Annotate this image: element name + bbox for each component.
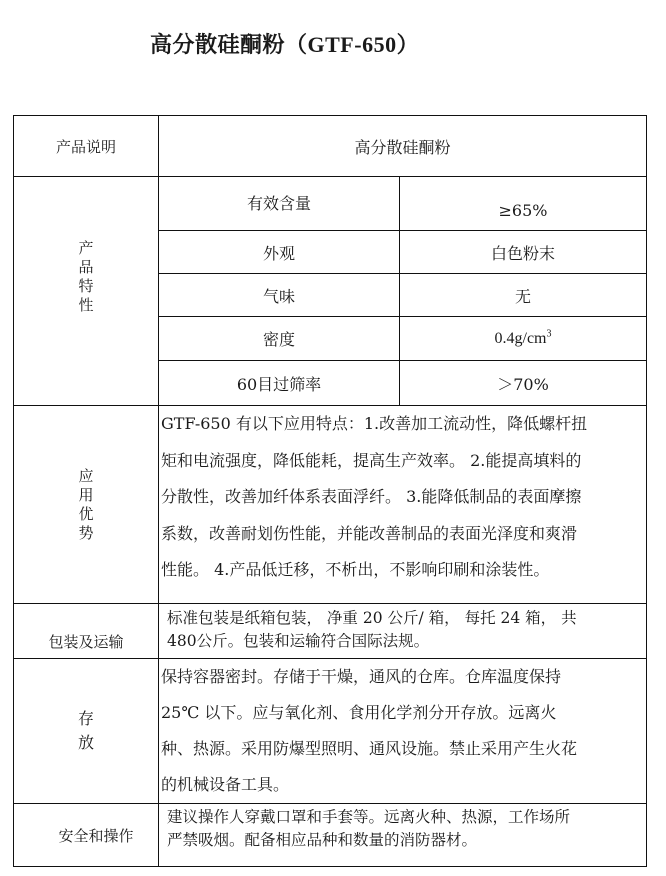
property-name: 60目过筛率 bbox=[158, 360, 400, 406]
paragraph-line: 保持容器密封。存储于干燥，通风的仓库。仓库温度保持 bbox=[161, 659, 561, 695]
label-text: 安全和操作 bbox=[58, 825, 133, 846]
property-value-text: ≥65% bbox=[499, 201, 548, 220]
storage-label: 存 放 bbox=[13, 658, 159, 804]
paragraph-line: 25℃ 以下。应与氧化剂、食用化学剂分开存放。远离火 bbox=[161, 695, 556, 731]
property-name: 外观 bbox=[158, 230, 400, 274]
value-text: 高分散硅酮粉 bbox=[354, 135, 450, 158]
title-close: ） bbox=[397, 32, 420, 58]
safety-text: 建议操作人穿戴口罩和手套等。远离火种、热源，工作场所 严禁吸烟。配备相应品种和数… bbox=[158, 803, 647, 867]
title-text: 高分散硅酮粉（ bbox=[150, 32, 308, 58]
paragraph-line: 性能。 4.产品低迁移，不析出，不影响印刷和涂装性。 bbox=[161, 552, 549, 589]
paragraph-line: 标准包装是纸箱包装， 净重 20 公斤/ 箱， 每托 24 箱， 共 bbox=[167, 607, 577, 630]
property-value-text: ＞70% bbox=[497, 372, 549, 395]
properties-label: 产 品 特 性 bbox=[13, 176, 159, 406]
label-char: 产 bbox=[78, 239, 93, 258]
paragraph-line: 建议操作人穿戴口罩和手套等。远离火种、热源，工作场所 bbox=[167, 806, 570, 829]
label-char: 存 bbox=[78, 707, 94, 731]
label-char: 性 bbox=[78, 296, 93, 315]
paragraph-line: 矩和电流强度，降低能耗，提高生产效率。 2.能提高填料的 bbox=[161, 443, 581, 480]
label-text: 产品说明 bbox=[56, 136, 116, 157]
property-name: 密度 bbox=[158, 316, 400, 361]
property-value: ＞70% bbox=[399, 360, 647, 406]
property-name-text: 气味 bbox=[263, 284, 295, 307]
property-name-text: 60目过筛率 bbox=[237, 372, 321, 395]
label-char: 优 bbox=[78, 505, 93, 524]
application-text: GTF-650 有以下应用特点：1.改善加工流动性，降低螺杆扭 矩和电流强度，降… bbox=[158, 405, 647, 604]
property-value-text: 无 bbox=[515, 284, 531, 307]
property-value-text: 白色粉末 bbox=[491, 241, 555, 264]
property-name-text: 有效含量 bbox=[247, 191, 311, 214]
label-char: 品 bbox=[78, 258, 93, 277]
application-label: 应 用 优 势 bbox=[13, 405, 159, 604]
safety-label: 安全和操作 bbox=[13, 803, 159, 867]
paragraph-line: 种、热源。采用防爆型照明、通风设施。禁止采用产生火花 bbox=[161, 731, 577, 767]
storage-text: 保持容器密封。存储于干燥，通风的仓库。仓库温度保持 25℃ 以下。应与氧化剂、食… bbox=[158, 658, 647, 804]
product-desc-label: 产品说明 bbox=[13, 115, 159, 177]
label-text: 包装及运输 bbox=[48, 631, 123, 652]
property-value: 白色粉末 bbox=[399, 230, 647, 274]
paragraph-line: 分散性，改善加纤体系表面浮纤。 3.能降低制品的表面摩擦 bbox=[161, 479, 581, 516]
property-name: 气味 bbox=[158, 273, 400, 317]
paragraph-line: 严禁吸烟。配备相应品种和数量的消防器材。 bbox=[167, 829, 477, 852]
paragraph-line: GTF-650 有以下应用特点：1.改善加工流动性，降低螺杆扭 bbox=[161, 406, 587, 443]
label-char: 特 bbox=[78, 277, 93, 296]
product-desc-value: 高分散硅酮粉 bbox=[158, 115, 647, 177]
paragraph-line: 的机械设备工具。 bbox=[161, 767, 289, 803]
paragraph-line: 系数，改善耐划伤性能，并能改善制品的表面光泽度和爽滑 bbox=[161, 516, 577, 553]
document-title: 高分散硅酮粉（GTF-650） bbox=[150, 28, 419, 59]
title-code: GTF-650 bbox=[308, 32, 397, 57]
label-char: 应 bbox=[78, 467, 93, 486]
label-char: 用 bbox=[78, 486, 93, 505]
property-name-text: 外观 bbox=[263, 241, 295, 264]
property-value: 无 bbox=[399, 273, 647, 317]
paragraph-line: 480公斤。包装和运输符合国际法规。 bbox=[167, 630, 429, 653]
label-char: 放 bbox=[78, 731, 94, 755]
property-name: 有效含量 bbox=[158, 176, 400, 231]
property-name-text: 密度 bbox=[263, 327, 295, 350]
property-value-text: 0.4g/cm bbox=[495, 330, 547, 347]
superscript: 3 bbox=[547, 328, 552, 339]
property-value: ≥65% bbox=[399, 176, 647, 231]
packaging-text: 标准包装是纸箱包装， 净重 20 公斤/ 箱， 每托 24 箱， 共 480公斤… bbox=[158, 603, 647, 659]
label-char: 势 bbox=[78, 524, 93, 543]
property-value: 0.4g/cm3 bbox=[399, 316, 647, 361]
spec-table: 产品说明 高分散硅酮粉 产 品 特 性 有效含量 ≥65% 外观 白色粉末 气味… bbox=[13, 115, 647, 867]
packaging-label: 包装及运输 bbox=[13, 603, 159, 659]
